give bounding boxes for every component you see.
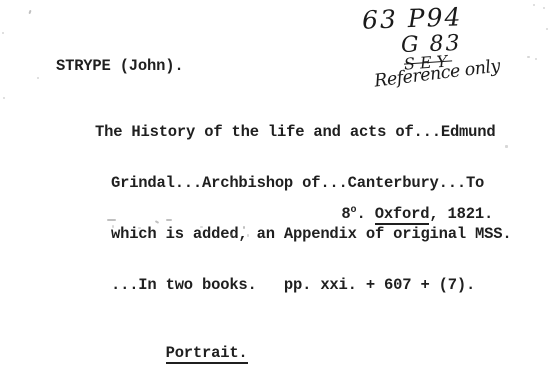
smudge-mark bbox=[166, 219, 172, 221]
noise-mark bbox=[28, 10, 31, 14]
imprint-place: Oxford bbox=[375, 205, 430, 225]
noise-mark bbox=[3, 97, 5, 99]
noise-mark bbox=[533, 4, 535, 6]
noise-mark bbox=[527, 56, 530, 58]
catalog-card: STRYPE (John). The History of the life a… bbox=[0, 0, 550, 374]
author-heading: STRYPE (John). bbox=[56, 58, 183, 75]
noise-mark bbox=[543, 7, 545, 9]
smudge-mark bbox=[200, 226, 203, 228]
format-number: 8 bbox=[341, 205, 350, 223]
smudge-mark bbox=[107, 219, 116, 221]
imprint-line: 8o. Oxford, 1821. bbox=[305, 184, 493, 241]
noise-mark bbox=[37, 77, 39, 79]
smudge-mark bbox=[247, 234, 249, 237]
imprint-separator: . bbox=[357, 205, 375, 223]
noise-mark bbox=[535, 58, 537, 60]
smudge-mark bbox=[112, 225, 114, 228]
smudge-mark bbox=[208, 231, 210, 233]
portrait-note-text: Portrait. bbox=[166, 344, 248, 364]
noise-mark bbox=[505, 145, 508, 148]
smudge-mark bbox=[138, 227, 141, 229]
title-line: The History of the life and acts of...Ed… bbox=[95, 124, 511, 141]
noise-mark bbox=[2, 32, 4, 34]
portrait-note: Portrait. bbox=[111, 328, 511, 345]
handwritten-shelfmark-1: 63 P94 bbox=[362, 4, 463, 32]
handwritten-reference-note: Reference only bbox=[373, 58, 501, 91]
imprint-rest: , 1821. bbox=[429, 205, 493, 223]
title-line: ...In two books. pp. xxi. + 607 + (7). bbox=[111, 277, 511, 294]
smudge-mark bbox=[243, 226, 245, 229]
noise-mark bbox=[546, 28, 548, 30]
